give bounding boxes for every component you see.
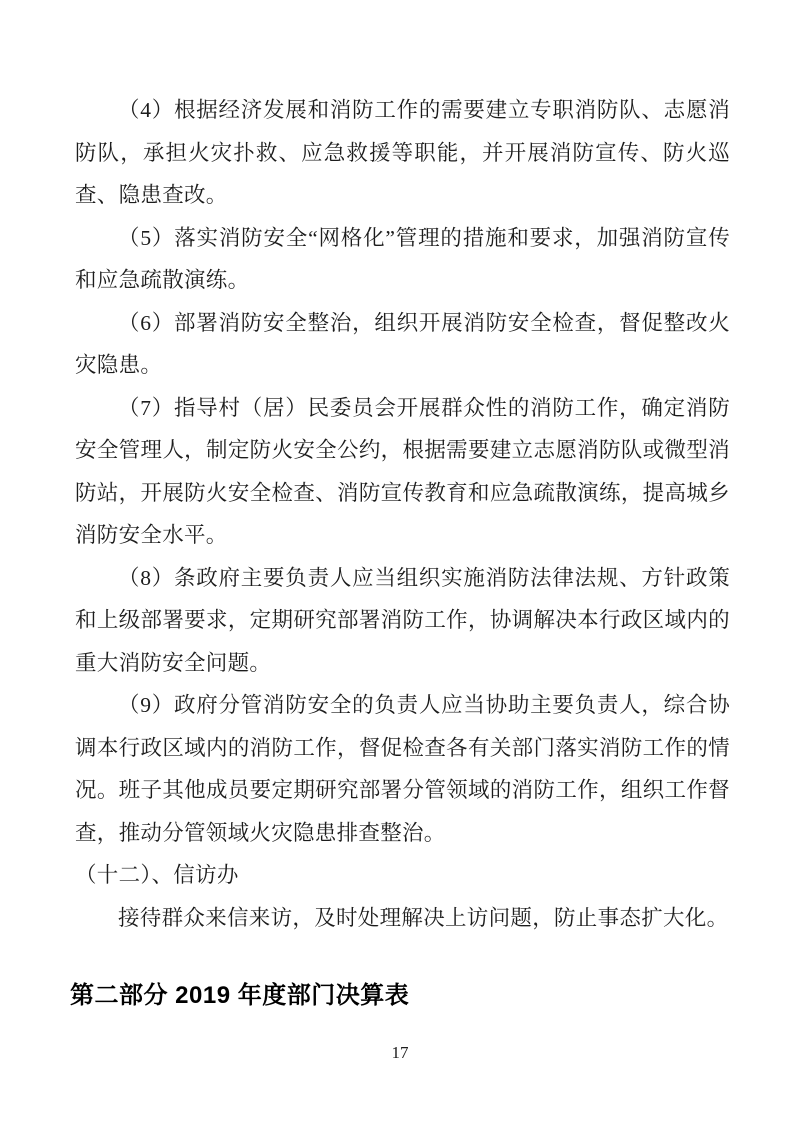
body-text-block: （4）根据经济发展和消防工作的需要建立专职消防队、志愿消防队，承担火灾扑救、应急… [75,89,730,939]
paragraph-item-5: （5）落实消防安全“网格化”管理的措施和要求，加强消防宣传和应急疏散演练。 [75,217,730,302]
paragraph-item-7: （7）指导村（居）民委员会开展群众性的消防工作，确定消防安全管理人，制定防火安全… [75,387,730,557]
paragraph-item-9: （9）政府分管消防安全的负责人应当协助主要负责人，综合协调本行政区域内的消防工作… [75,684,730,854]
paragraph-item-4: （4）根据经济发展和消防工作的需要建立专职消防队、志愿消防队，承担火灾扑救、应急… [75,89,730,217]
page-number: 17 [0,1042,800,1064]
paragraph-item-8: （8）条政府主要负责人应当组织实施消防法律法规、方针政策和上级部署要求，定期研究… [75,557,730,685]
paragraph-xinfang-body: 接待群众来信来访，及时处理解决上访问题，防止事态扩大化。 [75,897,730,940]
subsection-heading-xinfangban: （十二）、信访办 [75,854,730,897]
document-page: （4）根据经济发展和消防工作的需要建立专职消防队、志愿消防队，承担火灾扑救、应急… [0,0,800,1132]
paragraph-item-6: （6）部署消防安全整治，组织开展消防安全检查，督促整改火灾隐患。 [75,302,730,387]
section-heading-part-two: 第二部分 2019 年度部门决算表 [70,979,730,1013]
